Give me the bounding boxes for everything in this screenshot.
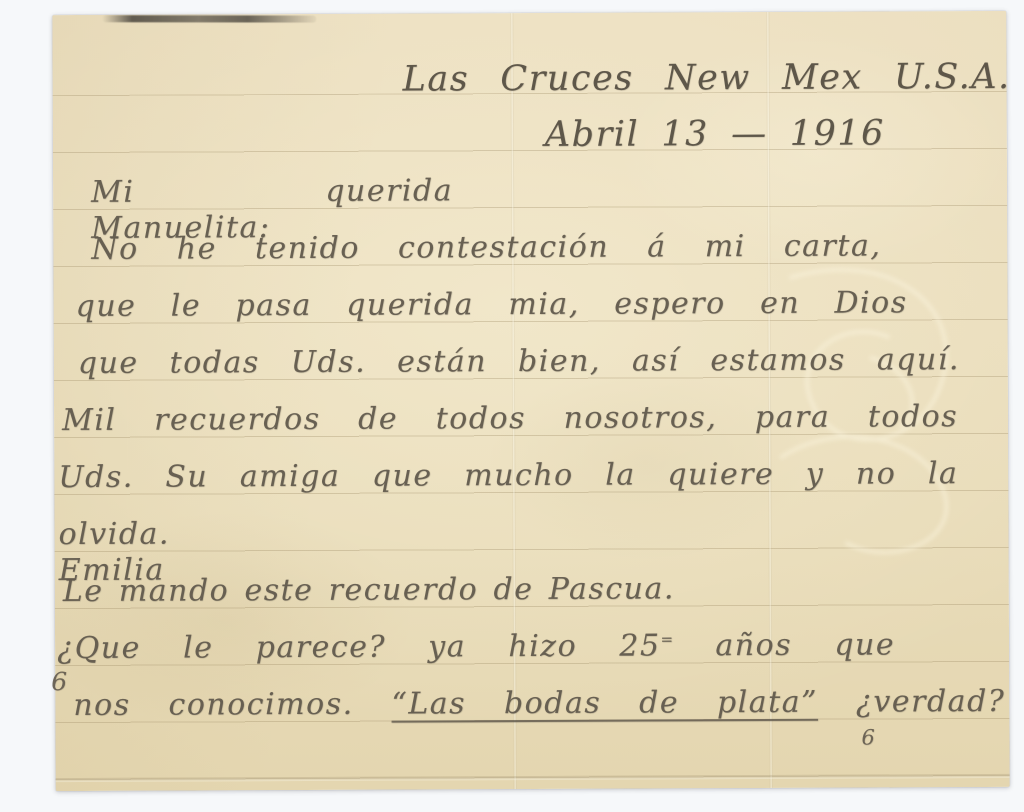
dateline-date: Abril 13 — 1916 [545,112,885,155]
below-quote-number: 6 [861,726,874,750]
question-line-tail: años que [673,627,895,663]
bottom-fold-crease [56,774,1010,782]
graphite-smudge [102,15,316,22]
letter-paper: Las Cruces New Mex U.S.A. Abril 13 — 191… [52,11,1009,791]
question-line-text: ¿Que le parece? ya hizo 25 [57,628,661,666]
body-line: que todas Uds. están bien, así estamos a… [78,342,960,382]
body-line: Uds. Su amiga que mucho la quiere y no l… [58,456,958,496]
body-line: que le pasa querida mia, espero en Dios [76,285,908,325]
quote-line-tail: ¿verdad? [818,684,1006,720]
dateline-place: Las Cruces New Mex U.S.A. [403,56,1011,101]
quote-line: nos conocimos. “Las bodas de plata” ¿ver… [73,684,1005,724]
question-line: ¿Que le parece? ya hizo 25= años que [57,627,895,667]
underlined-phrase: “Las bodas de plata” [391,685,818,722]
body-line: No he tenido contestación á mi carta, [91,228,881,267]
superscript-mark: = [660,630,673,648]
body-line: Mil recuerdos de todos nosotros, para to… [62,399,958,439]
quote-line-text: nos conocimos. [73,687,391,723]
margin-number: 6 [51,667,67,696]
body-line: Le mando este recuerdo de Pascua. [63,571,675,610]
scanned-letter-page: Las Cruces New Mex U.S.A. Abril 13 — 191… [0,0,1024,812]
